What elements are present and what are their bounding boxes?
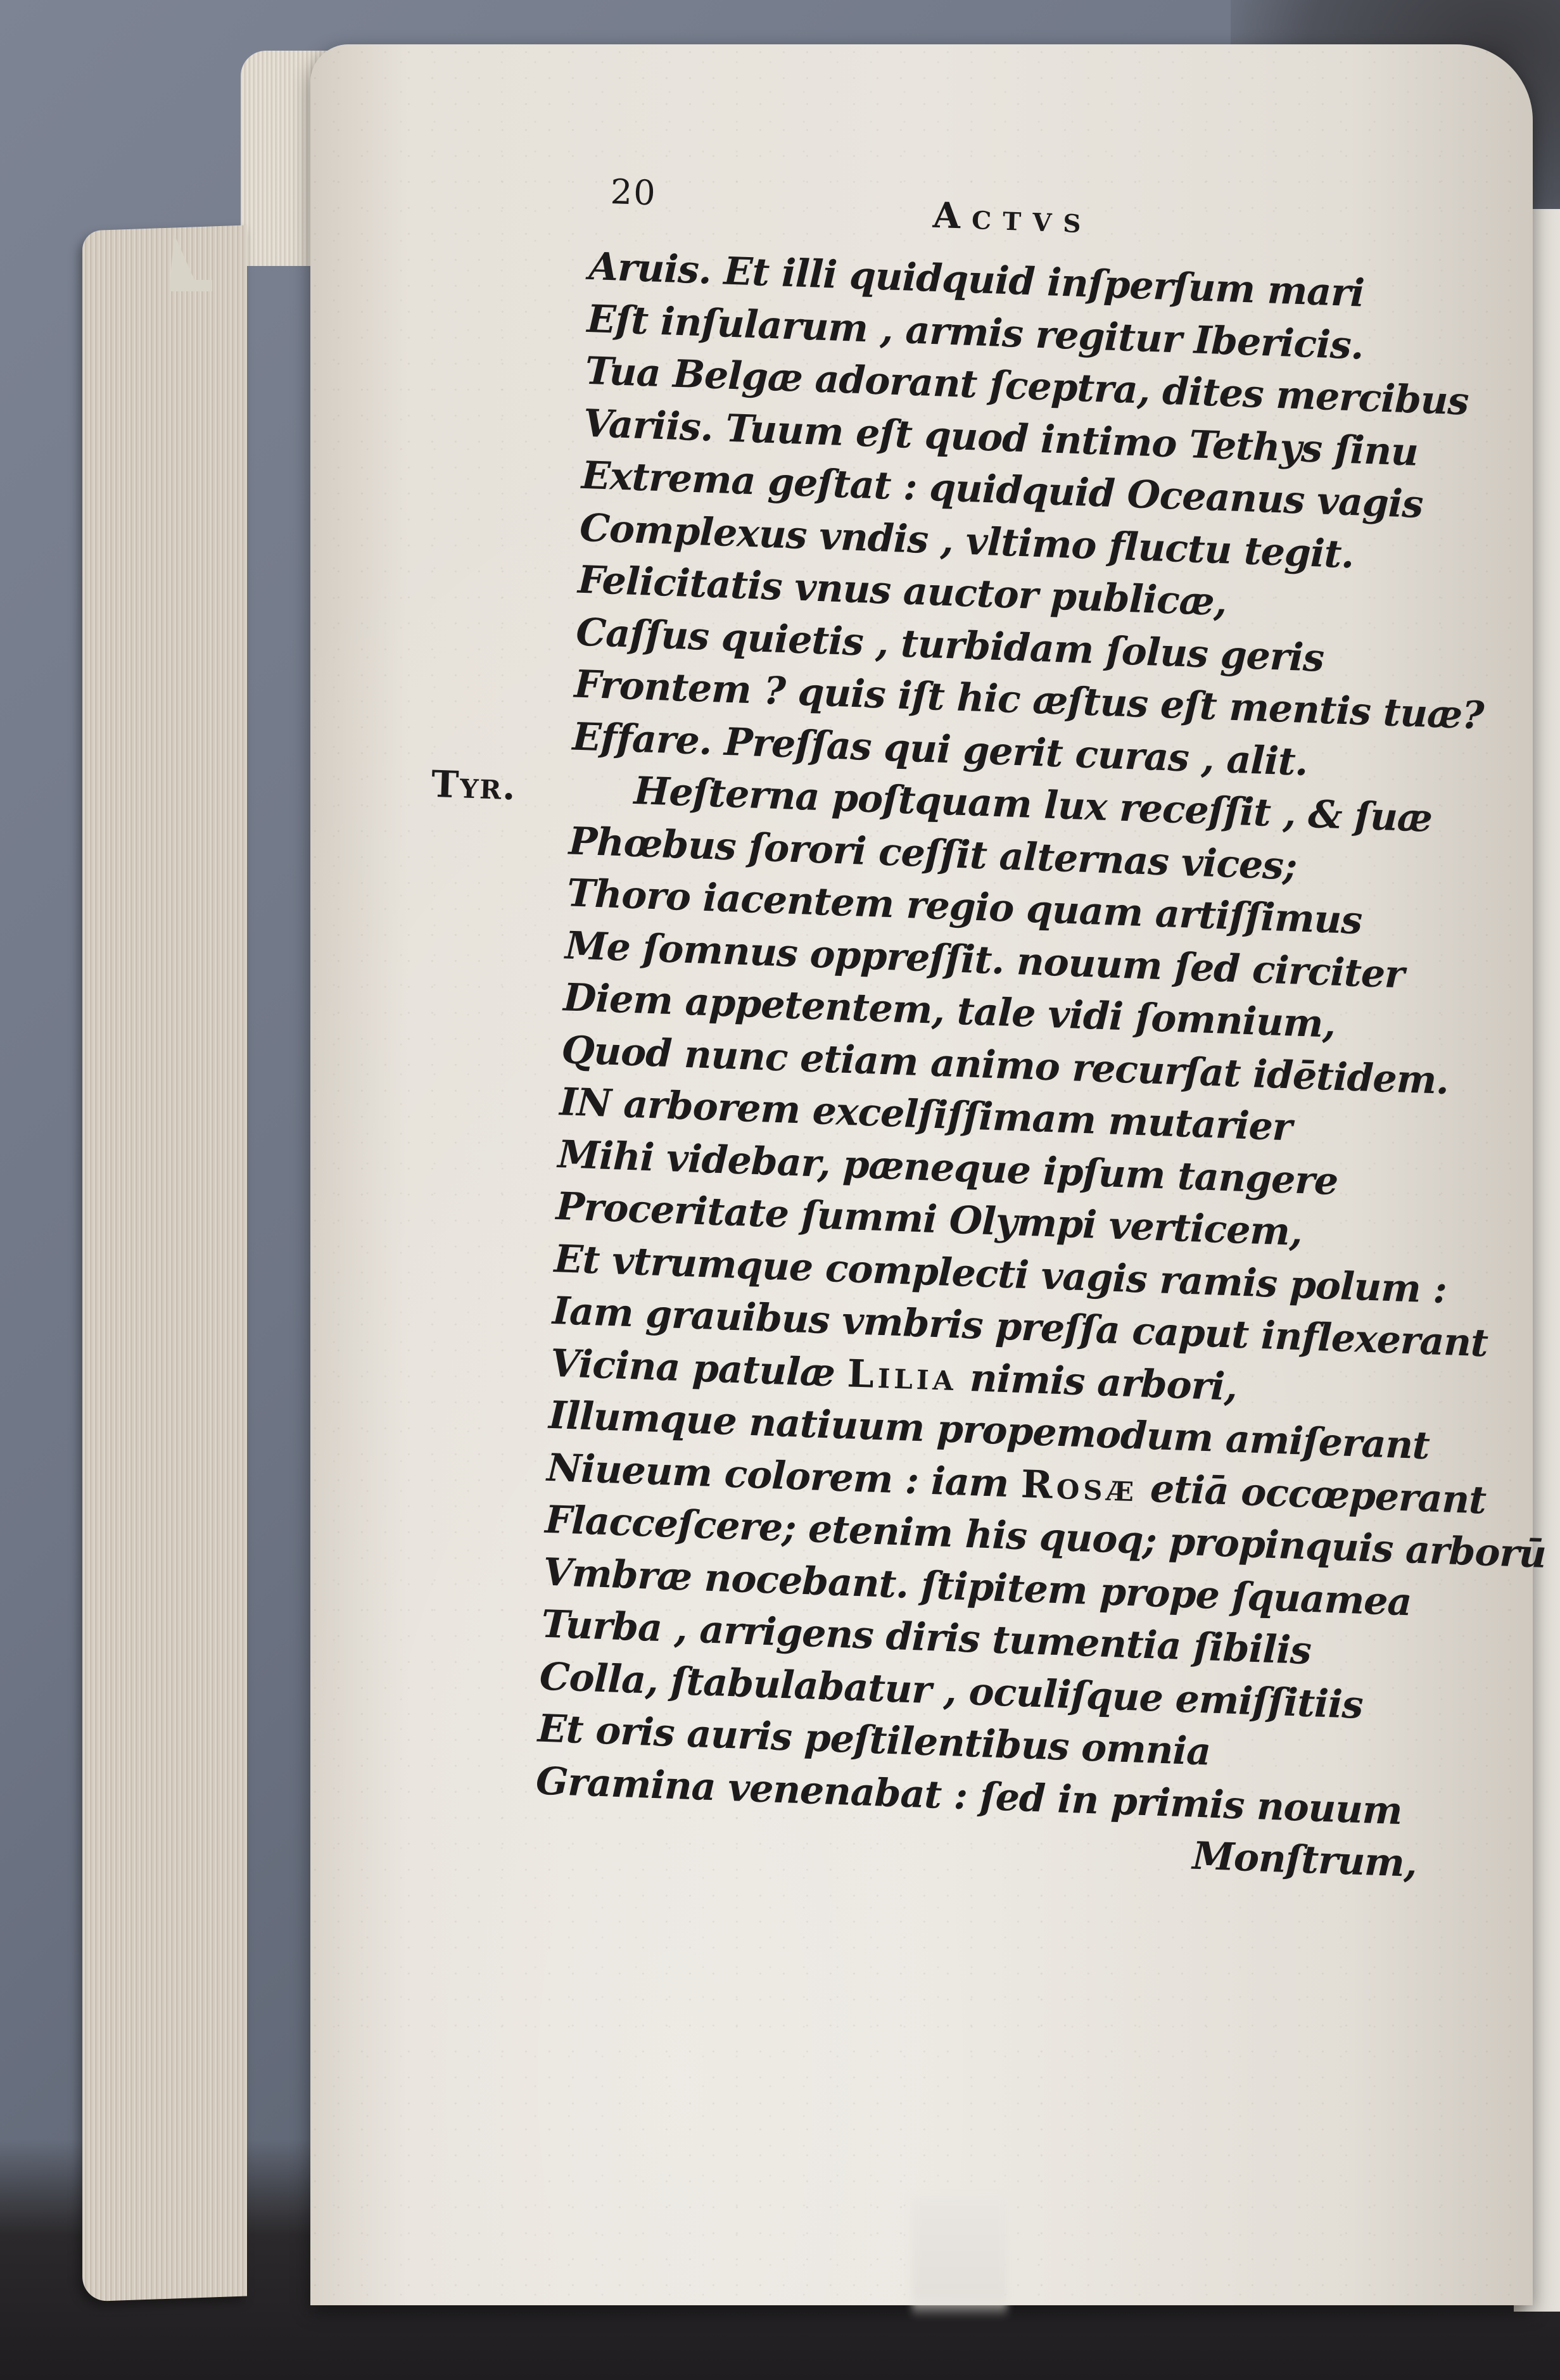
smallcaps-word: Lilia xyxy=(847,1351,958,1400)
running-head-title: Actvs xyxy=(932,194,1093,242)
book-fore-edge xyxy=(82,225,247,2301)
page-number: 20 xyxy=(610,172,657,213)
speaker-label: Tyr. xyxy=(431,758,518,813)
page-text-block: 20 Actvs Aruis. Et illi quidquid inſperſ… xyxy=(533,171,1516,1892)
verse-text-segment: nimis arbori, xyxy=(956,1355,1238,1409)
verse-text-segment: Vicina patulæ xyxy=(550,1341,848,1395)
verse-text-segment: Monſtrum, xyxy=(1191,1834,1417,1886)
verse-lines: Aruis. Et illi quidquid inſperſum mariEſ… xyxy=(533,241,1514,1892)
page-blemish xyxy=(912,2198,1007,2318)
smallcaps-word: Rosæ xyxy=(1020,1462,1139,1510)
verse-text-segment: etiā occœperant xyxy=(1137,1466,1487,1522)
